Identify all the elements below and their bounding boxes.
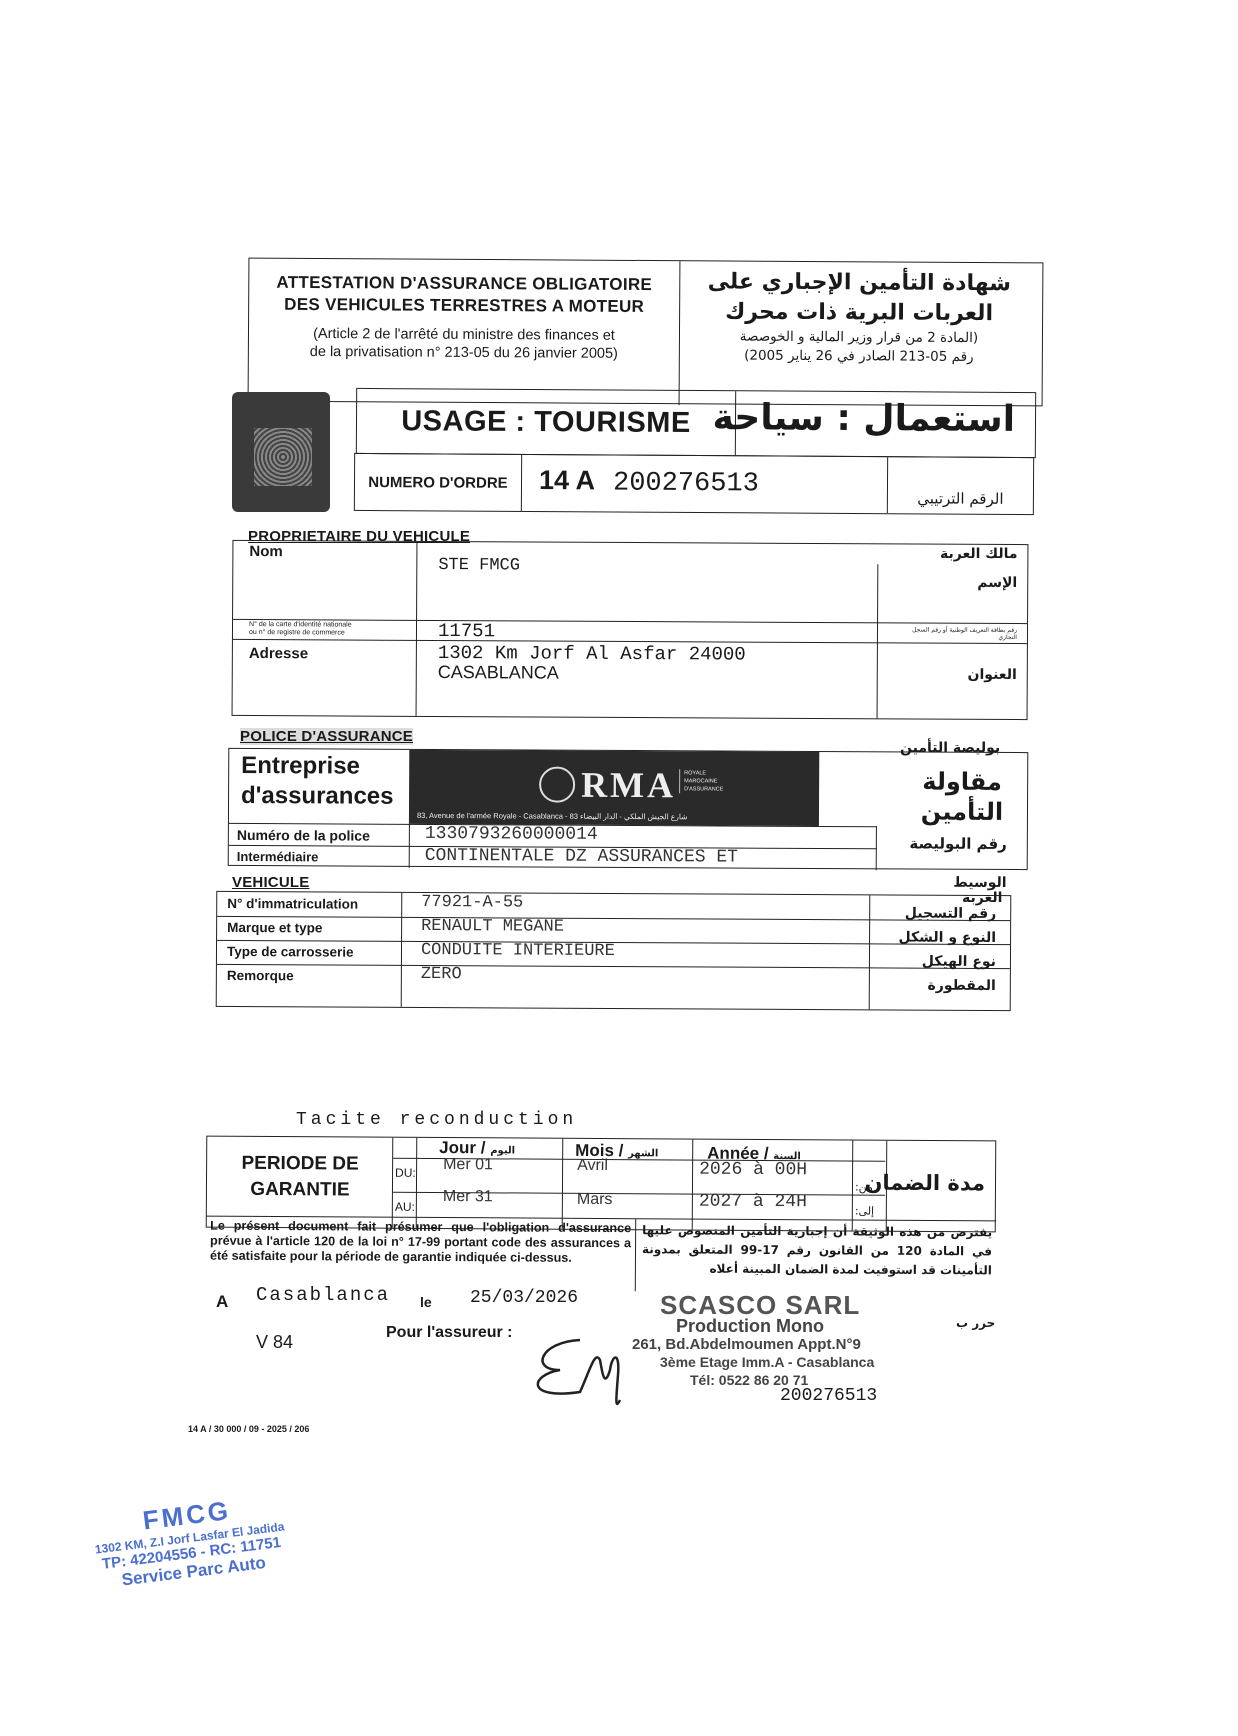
title-fr-line1: ATTESTATION D'ASSURANCE OBLIGATOIRE (249, 273, 679, 296)
title-ar-line1: شهادة التأمين الإجباري على (684, 267, 1034, 299)
company-stamp: FMCG 1302 KM, Z.I Jorf Lasfar El Jadida … (56, 1484, 324, 1597)
agent-stamp-line3: 261, Bd.Abdelmoumen Appt.N°9 (632, 1336, 861, 1353)
intermediary-label: Intermédiaire (237, 849, 319, 864)
title-fr-line2: DES VEHICULES TERRESTRES A MOTEUR (249, 295, 679, 318)
to-label-ar: إلى: (855, 1205, 874, 1218)
col-day: Jour / (439, 1138, 485, 1157)
to-month: Mars (577, 1191, 613, 1209)
intermediary-label-ar: الوسيط (953, 875, 1006, 891)
guarantee-label-ar: مدة الضمان (864, 1171, 985, 1196)
date-prefix: le (420, 1294, 432, 1310)
tacit-renewal-note: Tacite reconduction (296, 1110, 577, 1130)
insurer-logo-banner: RMA ROYALE MAROCAINE D'ASSURANCE 83, Ave… (409, 750, 819, 826)
vehicle-table: N° d'immatriculation77921-A-55رقم التسجي… (216, 891, 1012, 1011)
vehicle-row-label: Marque et type (227, 920, 322, 935)
insurer-label: Entreprise d'assurances (241, 751, 394, 812)
legal-notice: Le présent document fait présumer que l'… (206, 1216, 996, 1294)
vehicle-row-value: RENAULT MEGANE (421, 917, 564, 937)
document-header: ATTESTATION D'ASSURANCE OBLIGATOIRE DES … (248, 258, 1044, 407)
vehicle-row-label-ar: المقطورة (928, 978, 996, 994)
section-policy: POLICE D'ASSURANCE (240, 728, 413, 745)
intermediary-value: CONTINENTALE DZ ASSURANCES ET (425, 846, 738, 868)
print-reference: 14 A / 30 000 / 09 - 2025 / 206 (188, 1424, 309, 1434)
usage-fr: USAGE : TOURISME (357, 389, 736, 455)
vehicle-row-label: N° d'immatriculation (227, 896, 358, 912)
insurer-logo: RMA (581, 764, 676, 806)
vehicle-row-label: Remorque (227, 968, 294, 983)
header-french: ATTESTATION D'ASSURANCE OBLIGATOIRE DES … (249, 259, 681, 406)
issue-date: 25/03/2026 (470, 1288, 578, 1308)
vehicle-row-label: Type de carrosserie (227, 944, 354, 960)
owner-id-label-2: ou n° de registre de commerce (249, 629, 345, 638)
order-number: 200276513 (613, 469, 759, 500)
policy-table: Entreprise d'assurances RMA ROYALE MAROC… (228, 748, 1029, 870)
owner-name-label: Nom (249, 543, 282, 560)
order-number-label: NUMERO D'ORDRE (355, 454, 522, 511)
legal-notice-ar: يفترض من هذه الوثيقة أن إجبارية التأمين … (642, 1221, 992, 1280)
from-day: Mer 01 (443, 1156, 493, 1174)
insurer-label-ar: مقاولة التأمين (907, 766, 1017, 827)
form-code: V 84 (256, 1332, 293, 1353)
policy-number-label-ar: رقم البوليصة (909, 834, 1006, 853)
usage-ar: استعمال : سياحة (712, 397, 1015, 440)
owner-name-value: STE FMCG (438, 556, 520, 575)
security-hologram-icon (232, 392, 330, 512)
header-arabic: شهادة التأمين الإجباري على العربات البري… (684, 267, 1035, 367)
rma-emblem-icon (539, 767, 575, 803)
order-prefix: 14 A (539, 465, 595, 495)
signature-icon (520, 1330, 650, 1410)
owner-id-label-ar: رقم بطاقة التعريف الوطنية أو رقم السجل ا… (897, 626, 1017, 641)
section-vehicle: VEHICULE (232, 874, 309, 891)
title-ar-line2: العربات البرية ذات محرك (684, 297, 1034, 329)
vehicle-row-value: CONDUITE INTERIEURE (421, 941, 615, 961)
insurer-tagline: ROYALE MAROCAINE D'ASSURANCE (679, 769, 732, 793)
to-day: Mer 31 (443, 1188, 493, 1206)
policy-number-value: 1330793260000014 (425, 824, 598, 845)
place-prefix: A (216, 1292, 228, 1312)
agent-order-number: 200276513 (780, 1386, 877, 1406)
ref-ar-line1: (المادة 2 من قرار وزير المالية و الخوصصة (684, 327, 1034, 348)
usage-box: USAGE : TOURISME استعمال : سياحة (356, 388, 1036, 458)
from-label: DU: (395, 1166, 416, 1180)
ref-fr-line2: de la privatisation n° 213-05 du 26 janv… (249, 343, 679, 364)
owner-address-line2: CASABLANCA (438, 662, 559, 684)
ref-ar-line2: رقم 05-213 الصادر في 26 يناير 2005) (684, 346, 1034, 367)
for-insurer-label: Pour l'assureur : (386, 1324, 513, 1342)
owner-table: Nom STE FMCG الإسم N° de la carte d'iden… (232, 540, 1029, 720)
order-number-value: 14 A200276513 (539, 465, 759, 499)
order-number-box: NUMERO D'ORDRE 14 A200276513 الرقم الترت… (354, 453, 1034, 515)
vehicle-row-value: 77921-A-55 (421, 893, 523, 913)
agent-stamp-line2: Production Mono (676, 1316, 824, 1337)
agent-stamp-line4: 3ème Etage Imm.A - Casablanca (660, 1354, 874, 1370)
policy-number-label: Numéro de la police (237, 827, 370, 844)
from-month: Avril (577, 1157, 608, 1175)
owner-address-label: Adresse (249, 645, 308, 662)
order-number-label-ar: الرقم الترتيبي (887, 457, 1033, 514)
owner-name-label-ar: الإسم (977, 575, 1017, 591)
written-at-ar: حرر ب (956, 1316, 995, 1330)
from-year: 2026 à 00H (699, 1160, 807, 1181)
vehicle-row-value: ZERO (421, 965, 462, 984)
owner-id-value: 11751 (438, 620, 495, 642)
to-label: AU: (395, 1200, 415, 1214)
insurer-address: 83, Avenue de l'armée Royale - Casablanc… (417, 811, 688, 821)
place: Casablanca (256, 1284, 390, 1306)
legal-notice-fr: Le présent document fait présumer que l'… (206, 1217, 636, 1292)
owner-address-label-ar: العنوان (968, 667, 1017, 683)
to-year: 2027 à 24H (699, 1192, 807, 1213)
